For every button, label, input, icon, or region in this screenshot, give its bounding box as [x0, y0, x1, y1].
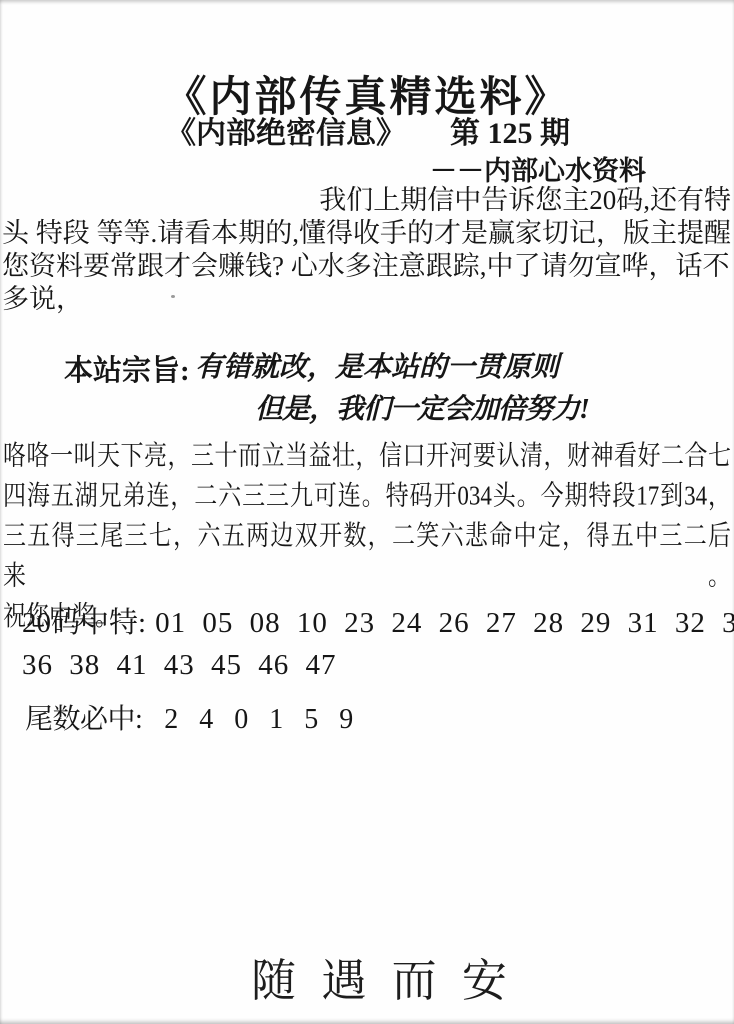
motto-label: 本站宗旨:: [64, 348, 190, 389]
tagline: －－内部心水资料: [430, 149, 646, 188]
prediction-line: 四海五湖兄弟连，二六三三九可连。特码开034头。今期特段17到34，: [0, 476, 734, 516]
codes-numbers-row1: 01 05 08 10 23 24 26 27 28 29 31 32 35: [155, 607, 734, 639]
codes-line: 20码中特:01 05 08 10 23 24 26 27 28 29 31 3…: [22, 602, 734, 644]
motto-line: 但是，我们一定会加倍努力!: [255, 387, 589, 427]
intro-line: 头 特段 等等.请看本期的,懂得收手的才是赢家切记，版主提醒: [0, 217, 734, 250]
scan-speckle: [171, 295, 175, 298]
prediction-line: 咯咯一叫天下亮，三十而立当益壮，信口开河要认清，财神看好二合七: [0, 436, 734, 476]
intro-line: 多说，: [0, 283, 734, 316]
tails-digits: 2 4 0 1 5 9: [164, 704, 354, 735]
motto-line: 有错就改，是本站的一贯原则: [195, 345, 559, 385]
codes-numbers-row2: 36 38 41 43 45 46 47: [22, 644, 734, 686]
codes-label: 20码中特:: [22, 607, 146, 639]
intro-line: 我们上期信中告诉您主20码,还有特: [0, 184, 734, 217]
fax-sheet: 《内部传真精选料》 《内部绝密信息》第 125 期 －－内部心水资料 我们上期信…: [0, 0, 734, 1024]
prediction-line: 三五得三尾三七，六五两边双开数，二笑六悲命中定，得五中三二后来。: [0, 516, 734, 596]
intro-line: 您资料要常跟才会赚钱? 心水多注意跟踪,中了请勿宣哗，话不: [0, 250, 734, 283]
tails-label: 尾数必中:: [25, 704, 142, 735]
subtitle-row: 《内部绝密信息》第 125 期: [166, 108, 570, 152]
issue-number: 第 125 期: [450, 117, 570, 150]
subtitle: 《内部绝密信息》: [166, 117, 406, 150]
footer-calligraphy: 随 遇 而 安: [0, 944, 734, 1009]
tails-section: 尾数必中:2 4 0 1 5 9: [25, 697, 354, 737]
codes-section: 20码中特:01 05 08 10 23 24 26 27 28 29 31 3…: [22, 602, 734, 686]
intro-paragraph: 我们上期信中告诉您主20码,还有特 头 特段 等等.请看本期的,懂得收手的才是赢…: [0, 184, 734, 316]
